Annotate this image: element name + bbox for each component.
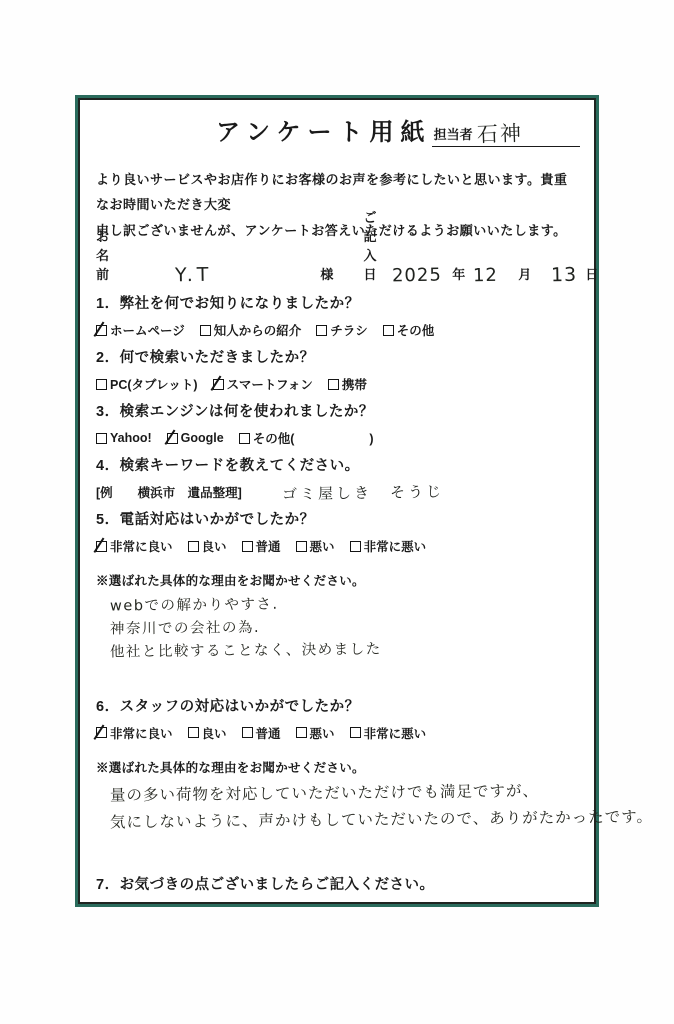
checkbox-label: Google — [181, 431, 224, 445]
checkbox-checked-icon — [167, 433, 178, 444]
checkbox-unchecked-icon — [96, 433, 107, 444]
question-5-heading: 5．電話対応はいかがでしたか？ — [96, 510, 578, 531]
question-4-heading: 4．検索キーワードを教えてください。 — [96, 456, 578, 477]
checkbox-label: PC(タブレット) — [110, 375, 198, 393]
checkbox-option: 良い — [188, 724, 227, 742]
question-6-reason-label: ※選ばれた具体的な理由をお聞かせください。 — [96, 758, 578, 776]
checkbox-option: 良い — [188, 537, 227, 555]
checkbox-label: 悪い — [310, 537, 335, 555]
question-5-reason-handwriting: webでの解かりやすさ.神奈川での会社の為.他社と比較することなく、決めました — [96, 593, 578, 662]
question-2-options: PC(タブレット)スマートフォン携帯 — [96, 375, 578, 393]
question-3: 3．検索エンジンは何を使われましたか？ Yahoo!Googleその他( ) — [96, 402, 578, 447]
checkbox-checked-icon — [96, 325, 107, 336]
staff-block: 担当者 石神 — [432, 124, 580, 147]
checkbox-option: 普通 — [242, 724, 281, 742]
question-3-options: Yahoo!Googleその他( ) — [96, 429, 578, 447]
checkbox-option: その他( ) — [239, 429, 374, 447]
handwritten-line: 気にしないように、声かけもしていただいたので、ありがたかったです。 — [110, 805, 578, 837]
checkbox-unchecked-icon — [200, 325, 211, 336]
day-label: 日 — [585, 264, 598, 285]
checkbox-label: その他( ) — [253, 429, 374, 447]
keyword-handwriting: ゴミ屋しき そうじ — [282, 483, 444, 502]
question-3-heading: 3．検索エンジンは何を使われましたか？ — [96, 402, 578, 423]
question-6-reason-handwriting: 量の多い荷物を対応していただいただけでも満足ですが、気にしないように、声かけもし… — [96, 780, 578, 834]
scanned-survey-page: アンケート用紙 担当者 石神 より良いサービスやお店作りにお客様のお声を参考にし… — [0, 0, 674, 1024]
checkbox-label: 知人からの紹介 — [214, 321, 302, 339]
checkbox-label: 携帯 — [342, 375, 367, 393]
checkbox-unchecked-icon — [296, 541, 307, 552]
staff-signature-line: 担当者 石神 — [432, 124, 580, 147]
checkbox-label: ホームページ — [110, 321, 185, 339]
checkbox-option: その他 — [383, 321, 435, 339]
question-4: 4．検索キーワードを教えてください。 [例 横浜市 遺品整理] ゴミ屋しき そう… — [96, 456, 578, 501]
checkbox-checked-icon — [96, 541, 107, 552]
checkbox-option: 普通 — [242, 537, 281, 555]
intro-paragraph: より良いサービスやお店作りにお客様のお声を参考にしたいと思います。貴重なお時間い… — [96, 167, 578, 243]
checkbox-unchecked-icon — [96, 379, 107, 390]
checkbox-unchecked-icon — [239, 433, 250, 444]
checkbox-unchecked-icon — [350, 541, 361, 552]
question-1-options: ホームページ知人からの紹介チラシその他 — [96, 321, 578, 339]
question-2-heading: 2．何で検索いただきましたか？ — [96, 348, 578, 369]
keyword-example-text: [例 横浜市 遺品整理] — [96, 483, 242, 501]
checkbox-option: チラシ — [316, 321, 368, 339]
spacer — [96, 662, 578, 688]
form-title: アンケート用紙 — [96, 112, 432, 147]
name-label: お名前 — [96, 226, 109, 285]
checkbox-label: 非常に良い — [110, 537, 173, 555]
day-handwriting: 13 — [551, 266, 578, 285]
checkbox-option: 知人からの紹介 — [200, 321, 302, 339]
question-2: 2．何で検索いただきましたか？ PC(タブレット)スマートフォン携帯 — [96, 348, 578, 393]
form-content-area: アンケート用紙 担当者 石神 より良いサービスやお店作りにお客様のお声を参考にし… — [78, 98, 596, 904]
checkbox-unchecked-icon — [242, 541, 253, 552]
staff-name-handwriting: 石神 — [476, 123, 523, 146]
question-6-options: 非常に良い良い普通悪い非常に悪い — [96, 724, 578, 742]
question-5-reason-label: ※選ばれた具体的な理由をお聞かせください。 — [96, 571, 578, 589]
year-handwriting: 2025 — [392, 267, 442, 286]
month-handwriting: 12 — [473, 267, 498, 285]
question-1-heading: 1．弊社を何でお知りになりましたか？ — [96, 294, 578, 315]
checkbox-option: 非常に良い — [96, 724, 173, 742]
honorific-label: 様 — [320, 264, 333, 285]
checkbox-option: スマートフォン — [213, 375, 313, 393]
checkbox-option: 非常に悪い — [350, 724, 427, 742]
form-header: アンケート用紙 担当者 石神 — [96, 112, 578, 147]
spacer — [96, 834, 578, 866]
checkbox-option: 非常に良い — [96, 537, 173, 555]
checkbox-option: 悪い — [296, 537, 335, 555]
year-label: 年 — [452, 264, 465, 285]
handwritten-line: 他社と比較することなく、決めました — [110, 636, 578, 664]
question-1: 1．弊社を何でお知りになりましたか？ ホームページ知人からの紹介チラシその他 — [96, 294, 578, 339]
question-4-answer-row: [例 横浜市 遺品整理] ゴミ屋しき そうじ — [96, 483, 578, 501]
question-5: 5．電話対応はいかがでしたか？ 非常に良い良い普通悪い非常に悪い ※選ばれた具体… — [96, 510, 578, 662]
checkbox-option: Yahoo! — [96, 431, 152, 445]
staff-label: 担当者 — [434, 124, 473, 145]
checkbox-unchecked-icon — [188, 541, 199, 552]
checkbox-label: 普通 — [256, 724, 281, 742]
checkbox-option: 悪い — [296, 724, 335, 742]
question-7-heading: 7．お気づきの点ございましたらご記入ください。 — [96, 875, 578, 896]
checkbox-label: チラシ — [330, 321, 368, 339]
month-label: 月 — [518, 264, 531, 285]
checkbox-option: 非常に悪い — [350, 537, 427, 555]
checkbox-checked-icon — [213, 379, 224, 390]
checkbox-option: Google — [167, 431, 224, 445]
checkbox-option: 携帯 — [328, 375, 367, 393]
checkbox-label: 非常に悪い — [364, 724, 427, 742]
checkbox-label: 良い — [202, 724, 227, 742]
checkbox-label: Yahoo! — [110, 431, 152, 445]
checkbox-option: PC(タブレット) — [96, 375, 198, 393]
name-date-row: お名前 Y.T 様 ご記入日 2025 年 12 月 13 日 — [96, 255, 578, 285]
question-6-heading: 6．スタッフの対応はいかがでしたか？ — [96, 697, 578, 718]
checkbox-label: 良い — [202, 537, 227, 555]
checkbox-unchecked-icon — [242, 727, 253, 738]
checkbox-checked-icon — [96, 727, 107, 738]
checkbox-label: 悪い — [310, 724, 335, 742]
checkbox-unchecked-icon — [328, 379, 339, 390]
checkbox-label: その他 — [397, 321, 435, 339]
question-6: 6．スタッフの対応はいかがでしたか？ 非常に良い良い普通悪い非常に悪い ※選ばれ… — [96, 697, 578, 834]
checkbox-label: 普通 — [256, 537, 281, 555]
checkbox-unchecked-icon — [350, 727, 361, 738]
checkbox-unchecked-icon — [316, 325, 327, 336]
checkbox-label: 非常に悪い — [364, 537, 427, 555]
intro-line-1: より良いサービスやお店作りにお客様のお声を参考にしたいと思います。貴重なお時間い… — [96, 167, 578, 218]
checkbox-unchecked-icon — [188, 727, 199, 738]
checkbox-label: 非常に良い — [110, 724, 173, 742]
checkbox-unchecked-icon — [296, 727, 307, 738]
checkbox-unchecked-icon — [383, 325, 394, 336]
intro-line-2: 申し訳ございませんが、アンケートお答えいただけるようお願いいたします。 — [96, 218, 578, 243]
checkbox-option: ホームページ — [96, 321, 185, 339]
date-label: ご記入日 — [363, 207, 376, 285]
question-5-options: 非常に良い良い普通悪い非常に悪い — [96, 537, 578, 555]
form-border-frame: アンケート用紙 担当者 石神 より良いサービスやお店作りにお客様のお声を参考にし… — [75, 95, 599, 907]
question-7: 7．お気づきの点ございましたらご記入ください。 — [96, 875, 578, 896]
name-handwriting: Y.T — [175, 266, 213, 286]
checkbox-label: スマートフォン — [227, 375, 313, 393]
